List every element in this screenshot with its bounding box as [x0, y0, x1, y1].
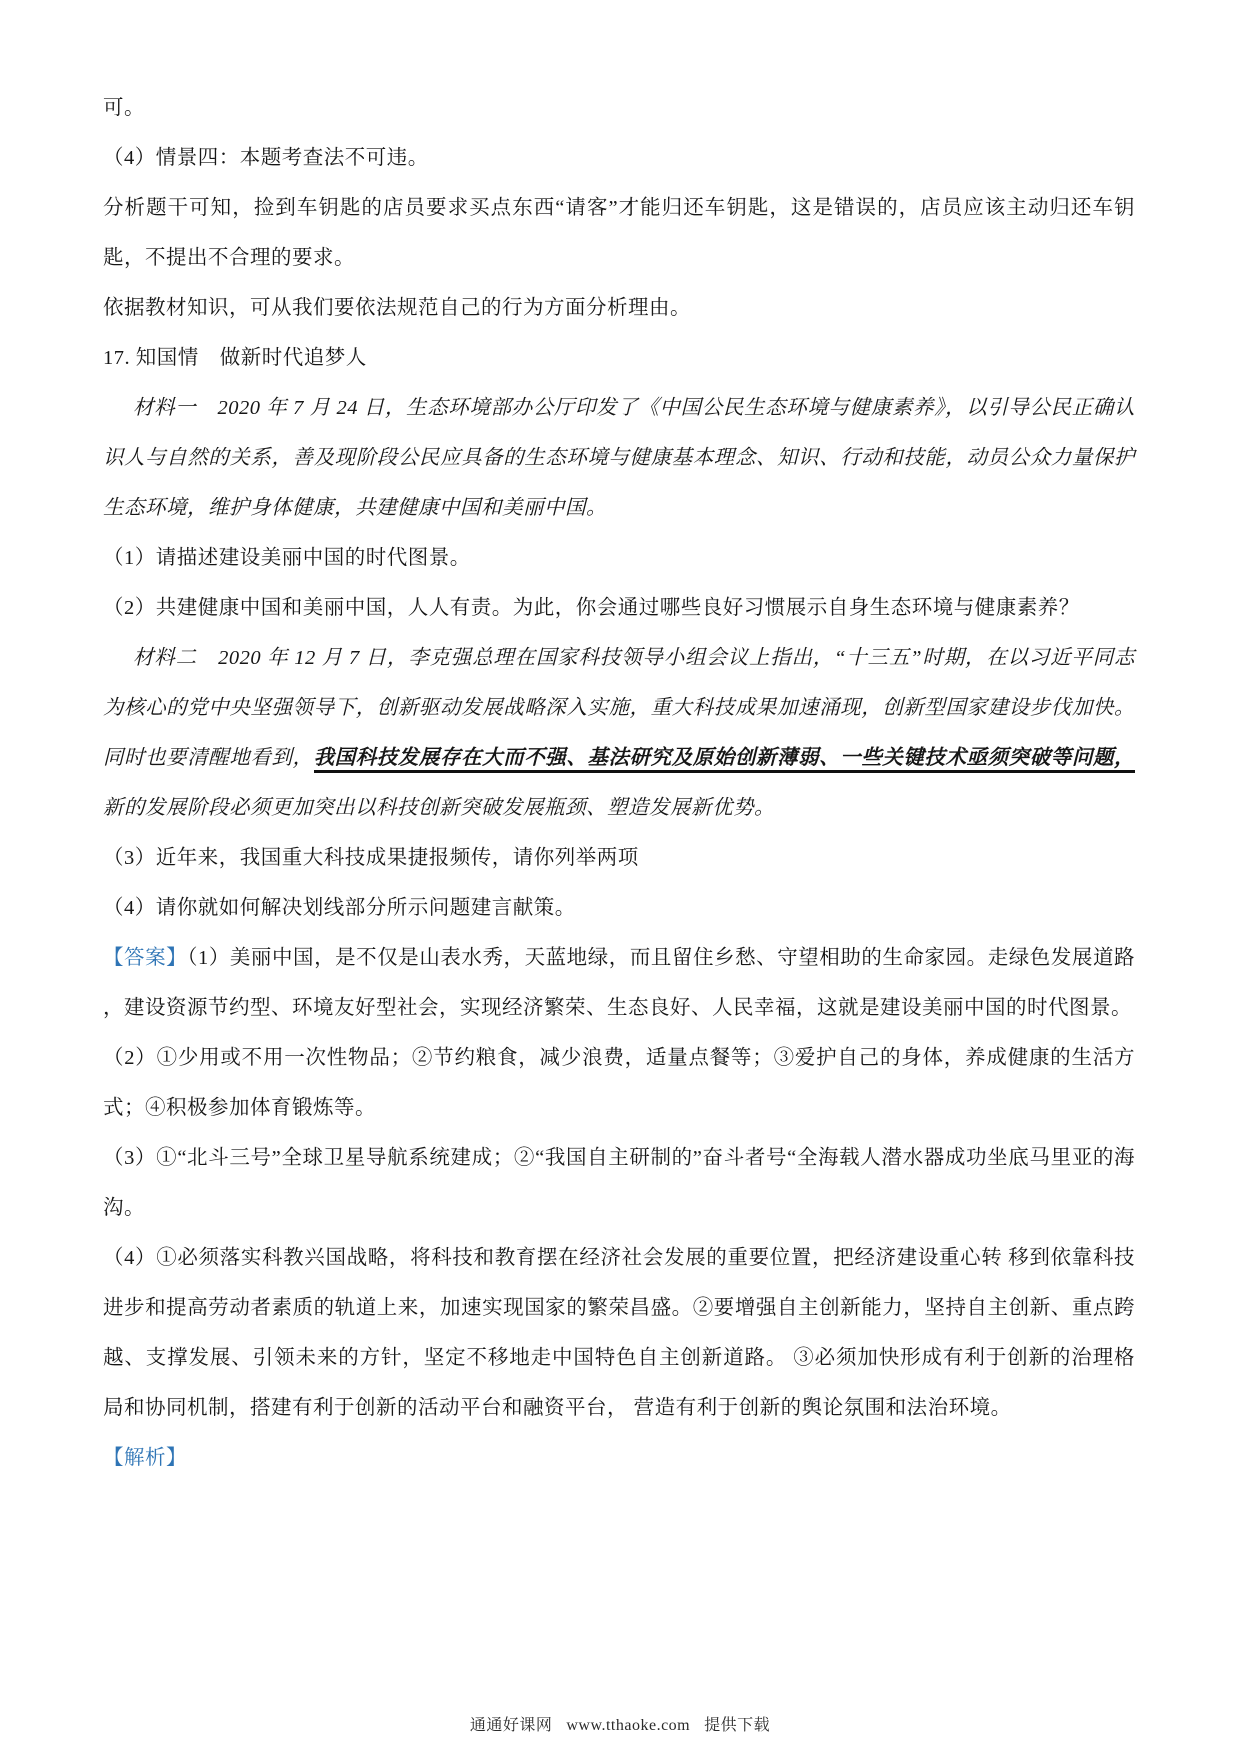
question-17-2: （2）共建健康中国和美丽中国，人人有责。为此，你会通过哪些良好习惯展示自身生态环… — [103, 583, 1135, 633]
material-2-underlined-text: 我国科技发展存在大而不强、基法研究及原始创新薄弱、一些关键技术亟须突破等问题， — [314, 747, 1135, 773]
question-17-title: 17. 知国情 做新时代追梦人 — [103, 333, 1135, 383]
material-1-paragraph: 材料一 2020 年 7 月 24 日，生态环境部办公厅印发了《中国公民生态环境… — [103, 383, 1135, 533]
question-17-3: （3）近年来，我国重大科技成果捷报频传，请你列举两项 — [103, 833, 1135, 883]
document-page: 可。 （4）情景四：本题考查法不可违。 分析题干可知，捡到车钥匙的店员要求买点东… — [0, 0, 1240, 1754]
material-2-suffix: 新的发展阶段必须更加突出以科技创新突破发展瓶颈、塑造发展新优势。 — [103, 797, 775, 819]
footer-site-name: 通通好课网 — [470, 1717, 553, 1734]
answer-label: 【答案】 — [103, 947, 187, 969]
footer-url: www.tthaoke.com — [566, 1717, 690, 1734]
page-footer: 通通好课网www.tthaoke.com提供下载 — [0, 1712, 1240, 1735]
document-content: 可。 （4）情景四：本题考查法不可违。 分析题干可知，捡到车钥匙的店员要求买点东… — [103, 83, 1135, 1483]
analysis-label: 【解析】 — [103, 1433, 1135, 1483]
answer-part-3: （3）①“北斗三号”全球卫星导航系统建成；②“我国自主研制的”奋斗者号“全海载人… — [103, 1133, 1135, 1233]
question-17-1: （1）请描述建设美丽中国的时代图景。 — [103, 533, 1135, 583]
scene4-analysis: 分析题干可知，捡到车钥匙的店员要求买点东西“请客”才能归还车钥匙，这是错误的，店… — [103, 183, 1135, 283]
carryover-line: 可。 — [103, 83, 1135, 133]
question-17-4: （4）请你就如何解决划线部分所示问题建言献策。 — [103, 883, 1135, 933]
scene4-heading: （4）情景四：本题考查法不可违。 — [103, 133, 1135, 183]
footer-download-note: 提供下载 — [704, 1717, 770, 1734]
scene4-basis: 依据教材知识，可从我们要依法规范自己的行为方面分析理由。 — [103, 283, 1135, 333]
analysis-label-text: 【解析】 — [103, 1447, 187, 1469]
answer-part-4: （4）①必须落实科教兴国战略，将科技和教育摆在经济社会发展的重要位置，把经济建设… — [103, 1233, 1135, 1433]
answer-part-1-text: （1）美丽中国，是不仅是山表水秀，天蓝地绿，而且留住乡愁、守望相助的生命家园。走… — [103, 947, 1135, 1019]
answer-part-1: 【答案】（1）美丽中国，是不仅是山表水秀，天蓝地绿，而且留住乡愁、守望相助的生命… — [103, 933, 1135, 1033]
answer-part-2: （2）①少用或不用一次性物品；②节约粮食，减少浪费，适量点餐等；③爱护自己的身体… — [103, 1033, 1135, 1133]
material-2-paragraph: 材料二 2020 年 12 月 7 日，李克强总理在国家科技领导小组会议上指出，… — [103, 633, 1135, 833]
